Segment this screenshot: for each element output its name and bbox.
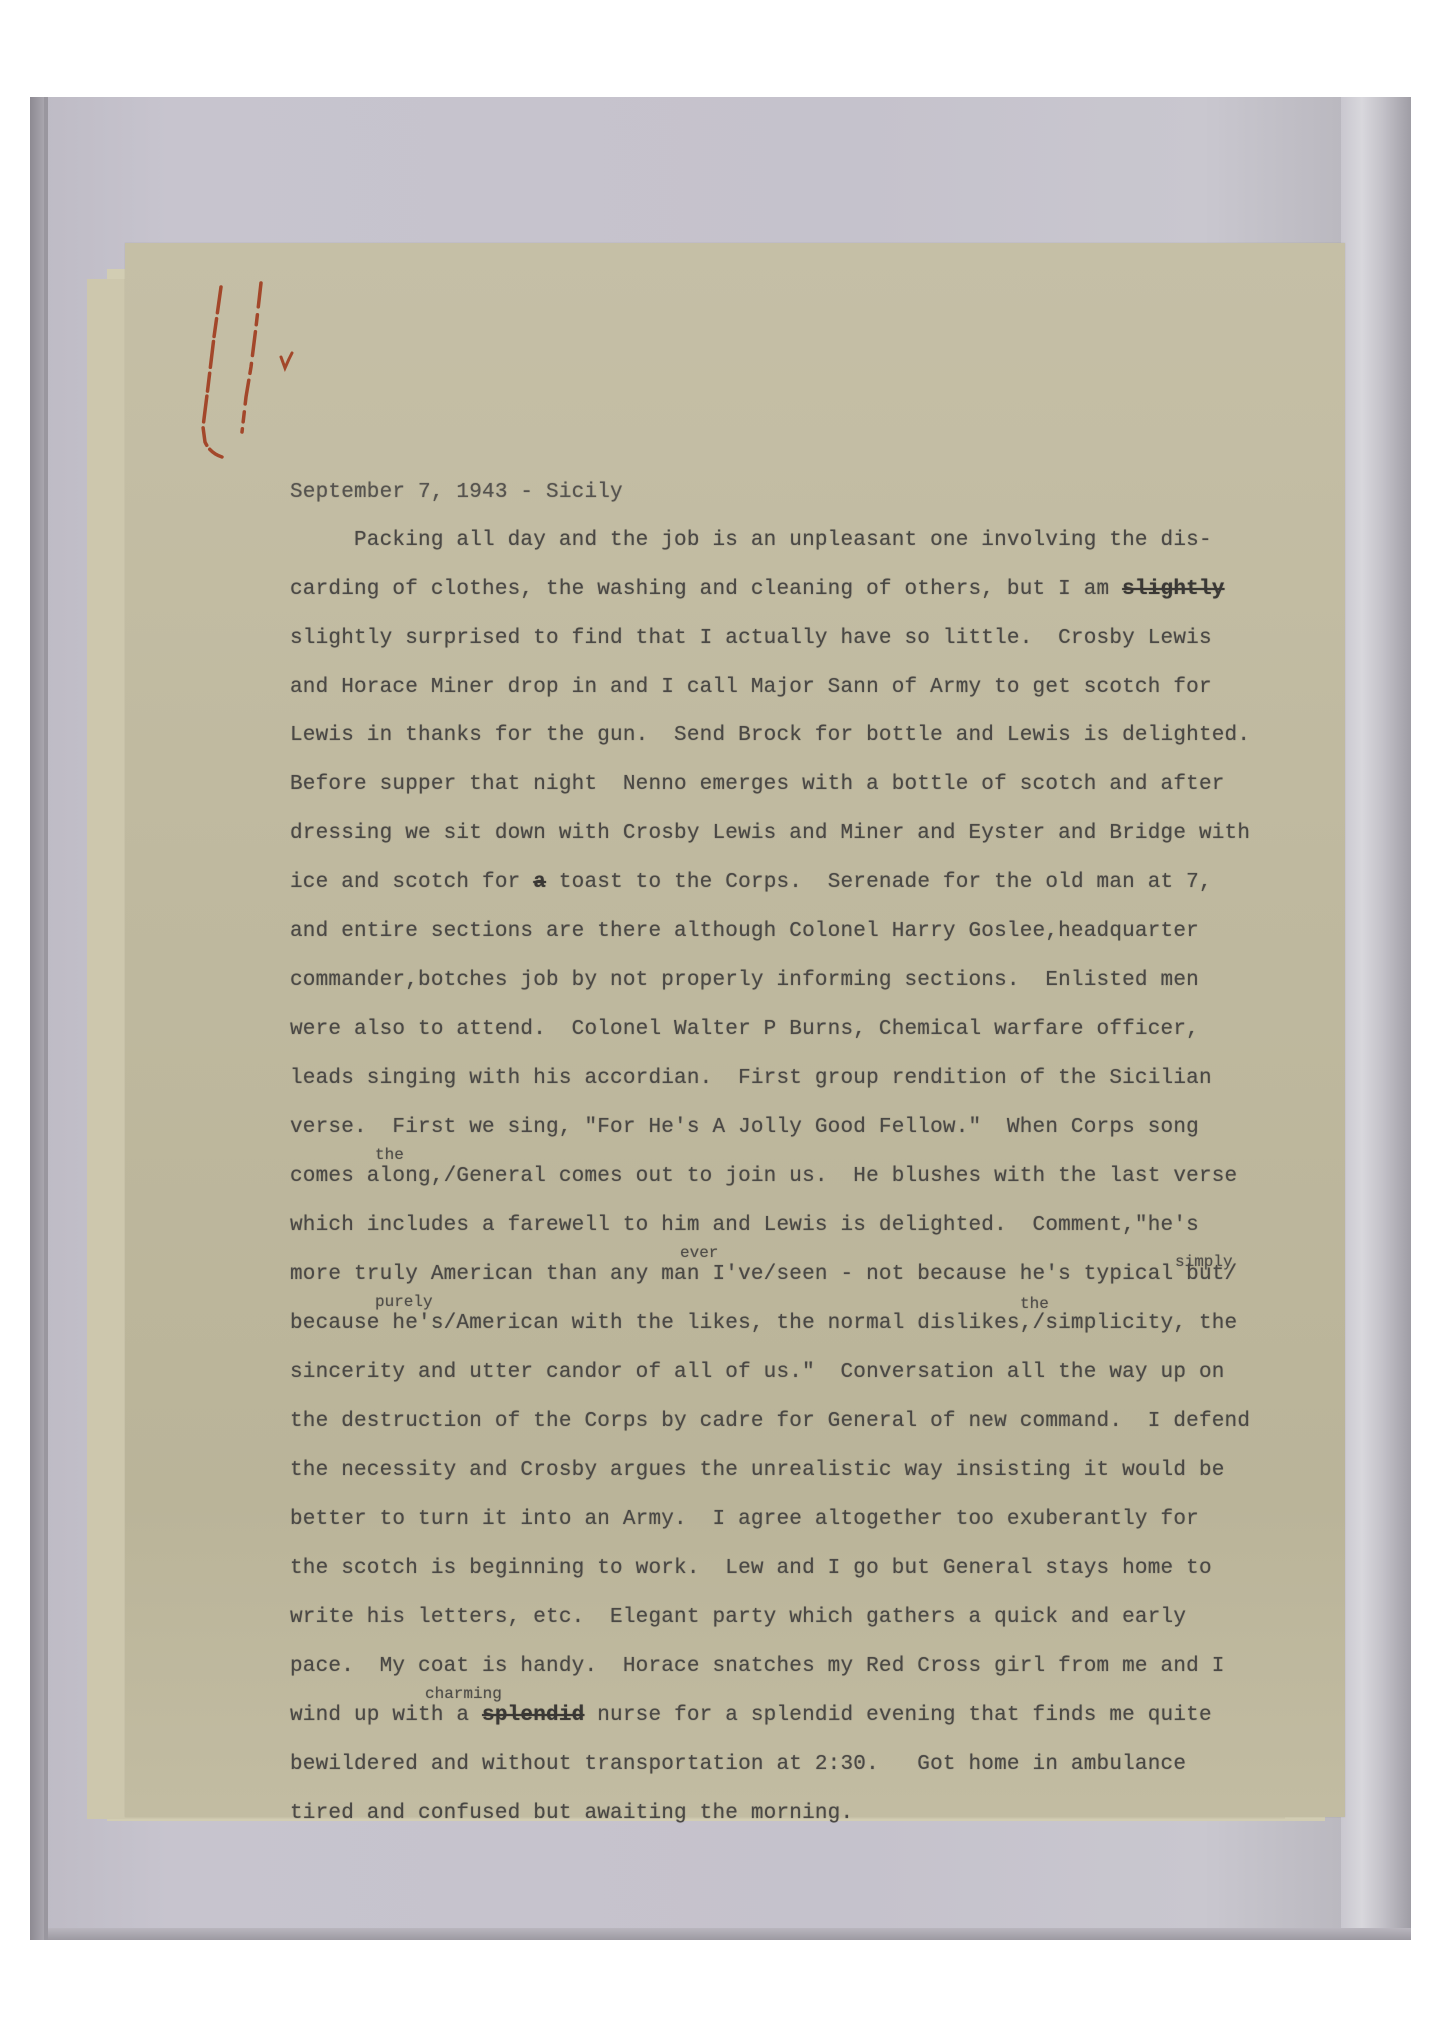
text-line: slightly surprised to find that I actual… bbox=[290, 627, 1212, 650]
text-line: comes along,/General comes out to join u… bbox=[290, 1165, 1237, 1188]
strikeout-word: slightly bbox=[1122, 578, 1224, 601]
interlinear-insert: ever bbox=[680, 1244, 718, 1262]
page-heading: September 7, 1943 - Sicily bbox=[290, 481, 623, 504]
text-line: which includes a farewell to him and Lew… bbox=[290, 1214, 1199, 1237]
background-shadow bbox=[48, 1928, 1411, 1940]
text-line: write his letters, etc. Elegant party wh… bbox=[290, 1606, 1186, 1629]
text-line: Before supper that night Nenno emerges w… bbox=[290, 773, 1225, 796]
text-segment: nurse for a splendid evening that finds … bbox=[584, 1704, 1211, 1727]
text-segment: wind up with a bbox=[290, 1704, 482, 1727]
interlinear-insert: the bbox=[375, 1146, 404, 1164]
text-line: Packing all day and the job is an unplea… bbox=[290, 529, 1212, 552]
text-line: bewildered and without transportation at… bbox=[290, 1753, 1186, 1776]
text-line: and entire sections are there although C… bbox=[290, 920, 1199, 943]
text-line: better to turn it into an Army. I agree … bbox=[290, 1508, 1199, 1531]
interlinear-insert: the bbox=[1020, 1295, 1049, 1313]
text-line: sincerity and utter candor of all of us.… bbox=[290, 1361, 1225, 1384]
text-line: dressing we sit down with Crosby Lewis a… bbox=[290, 822, 1250, 845]
text-line: commander,botches job by not properly in… bbox=[290, 969, 1199, 992]
text-line: pace. My coat is handy. Horace snatches … bbox=[290, 1655, 1225, 1678]
text-line: carding of clothes, the washing and clea… bbox=[290, 578, 1225, 601]
text-line: leads singing with his accordian. First … bbox=[290, 1067, 1212, 1090]
text-segment: carding of clothes, the washing and clea… bbox=[290, 578, 1122, 601]
background-edge bbox=[1341, 97, 1411, 1940]
interlinear-insert: charming bbox=[425, 1685, 502, 1703]
typed-content: September 7, 1943 - Sicily Packing all d… bbox=[125, 243, 1345, 1817]
text-line: Lewis in thanks for the gun. Send Brock … bbox=[290, 724, 1250, 747]
text-line: because he's/American with the likes, th… bbox=[290, 1312, 1237, 1335]
text-line: the scotch is beginning to work. Lew and… bbox=[290, 1557, 1212, 1580]
text-line: tired and confused but awaiting the morn… bbox=[290, 1802, 853, 1825]
text-segment: ice and scotch for bbox=[290, 871, 533, 894]
text-segment: toast to the Corps. Serenade for the old… bbox=[546, 871, 1212, 894]
interlinear-insert: purely bbox=[375, 1293, 433, 1311]
text-line: the necessity and Crosby argues the unre… bbox=[290, 1459, 1225, 1482]
text-line: the destruction of the Corps by cadre fo… bbox=[290, 1410, 1250, 1433]
text-line: wind up with a splendid nurse for a sple… bbox=[290, 1704, 1212, 1727]
text-line: and Horace Miner drop in and I call Majo… bbox=[290, 676, 1212, 699]
strikeout-word: splendid bbox=[482, 1704, 584, 1727]
text-line: more truly American than any man I've/se… bbox=[290, 1263, 1237, 1286]
text-line: ice and scotch for a toast to the Corps.… bbox=[290, 871, 1212, 894]
text-line: verse. First we sing, "For He's A Jolly … bbox=[290, 1116, 1199, 1139]
text-line: were also to attend. Colonel Walter P Bu… bbox=[290, 1018, 1199, 1041]
strikeout-word: a bbox=[533, 871, 546, 894]
document-photo: September 7, 1943 - Sicily Packing all d… bbox=[30, 97, 1411, 1940]
